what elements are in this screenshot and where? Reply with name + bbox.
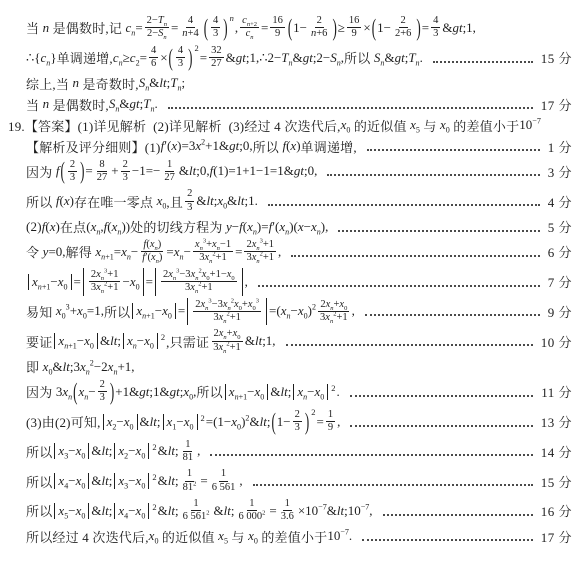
math-fragment: (xn,f(xn)) xyxy=(86,219,130,235)
fraction-numerator: 1 xyxy=(165,159,174,172)
abs-value-bars: x4−x0 xyxy=(114,503,149,519)
math-fragment: x5−x0 xyxy=(58,503,85,519)
math-fragment: xn−x0 xyxy=(297,384,324,400)
fraction: 19 xyxy=(326,409,335,435)
math-fragment: x5 xyxy=(410,117,420,133)
close-paren: ) xyxy=(416,13,420,43)
math-fragment: = xyxy=(178,303,185,319)
group-exponent: 2 xyxy=(201,414,205,423)
math-fragment: xn+1−x0 xyxy=(32,274,68,290)
math-fragment: xn+1=xn− xyxy=(95,244,138,260)
math-fragment: −x0 xyxy=(122,274,139,290)
fraction: 169 xyxy=(270,15,285,41)
math-fragment: f(x) xyxy=(282,138,300,154)
solution-line-20: 所以经过 4 次迭代后,x0 的近似值 x5 与 x0 的差值小于10−7.17… xyxy=(0,527,586,546)
fraction-numerator: 1 xyxy=(326,409,335,422)
text-fragment: 所以 xyxy=(196,382,222,401)
math-fragment: x03+x0=1, xyxy=(56,303,104,319)
solution-line-19: 所以x5−x0&lt;x4−x02&lt;16 5612&lt;16 0002=… xyxy=(0,497,586,525)
dotted-leader xyxy=(365,314,540,316)
group-exponent: 2 xyxy=(331,384,335,393)
score-label: 6 分 xyxy=(548,242,572,261)
text-fragment: 与 xyxy=(420,116,440,135)
abs-value-bars: x3−x0 xyxy=(114,473,149,489)
fraction-denominator: 3xn2+1 xyxy=(211,342,243,354)
fraction-numerator: 2 xyxy=(68,159,77,172)
fraction-denominator: 3 xyxy=(98,392,107,404)
group-exponent: 2 xyxy=(152,443,156,452)
solution-line-11: xn+1−x0=2xn3+13xn2+1−x0=2xn3−3xn2x0+1−x0… xyxy=(0,268,586,296)
fraction: 2−Tn2−Sn xyxy=(145,15,169,41)
solution-line-7: 因为 f(23)=827+23−1=−127&lt;0,f(1)=1+1−1=1… xyxy=(0,158,586,186)
fraction-denominator: 2−Sn xyxy=(145,28,169,40)
abs-value-group: xn+1−x0 xyxy=(52,333,100,349)
fraction: 127 xyxy=(162,159,177,185)
dotted-leader xyxy=(286,344,533,346)
text-fragment: 综上,当 xyxy=(26,74,73,93)
fraction: cn+2cn xyxy=(240,15,259,41)
group-exponent: n xyxy=(230,14,234,23)
math-fragment: , xyxy=(278,244,281,260)
fraction-denominator: 3 xyxy=(176,58,185,70)
fraction-denominator: 3xn2+1 xyxy=(197,252,229,264)
fraction-denominator: n+4 xyxy=(180,28,200,40)
math-fragment: &lt; xyxy=(158,503,179,519)
math-fragment: x2−x0 xyxy=(118,443,145,459)
fraction-denominator: 27 xyxy=(162,172,177,184)
text-fragment: (3)由(2)可知, xyxy=(26,412,101,431)
math-fragment: &lt; xyxy=(158,473,179,489)
text-fragment: 所以 xyxy=(344,48,374,67)
math-fragment: xn− xyxy=(79,384,96,400)
score-label: 1 分 xyxy=(548,137,572,156)
math-fragment: f(x) xyxy=(56,193,74,209)
fraction-denominator: 3xn2+1 xyxy=(183,282,215,294)
math-fragment: , xyxy=(239,473,242,489)
group-exponent: 2 xyxy=(194,44,198,53)
dotted-leader xyxy=(253,484,533,486)
dotted-leader xyxy=(258,285,540,287)
fraction-numerator: 1 xyxy=(191,498,200,511)
score-label: 17 分 xyxy=(541,527,572,546)
math-fragment: f′(x)=3x2+1&gt;0, xyxy=(161,138,253,154)
paren-group: (43)n xyxy=(203,14,235,42)
score-label: 7 分 xyxy=(548,272,572,291)
fraction-denominator: 9 xyxy=(273,28,282,40)
fraction: 16 0002 xyxy=(236,498,267,524)
abs-value-bars: xn+1−x0 xyxy=(28,274,72,290)
abs-value-group: 2xn3−3xn2x0+x033xn2+1 xyxy=(185,298,269,326)
group-exponent: 2 xyxy=(161,333,165,342)
close-paren: ) xyxy=(188,43,192,73)
fraction-numerator: 2−Tn xyxy=(145,15,169,28)
open-paren: ( xyxy=(288,13,292,43)
fraction: 23 xyxy=(121,159,130,185)
abs-value-bars: xn+1−x0 xyxy=(132,303,176,319)
math-fragment: x0 xyxy=(341,117,351,133)
fraction-numerator: 2 xyxy=(293,409,302,422)
abs-value-group: x3−x02 xyxy=(112,473,157,489)
math-fragment: 10−7. xyxy=(327,528,352,544)
fraction: 22+6 xyxy=(393,15,413,41)
math-fragment: , xyxy=(337,414,340,430)
math-fragment: =xn− xyxy=(166,244,191,260)
abs-value-bars: x4−x0 xyxy=(54,473,89,489)
math-fragment: =(xn−x0)2 xyxy=(269,303,316,319)
fraction-denominator: 3 xyxy=(185,202,194,214)
fraction-denominator: 3xn2+1 xyxy=(89,282,121,294)
math-fragment: xn+1−x0 xyxy=(229,384,265,400)
math-fragment: xn+1−x0 xyxy=(58,333,94,349)
fraction-numerator: 1 xyxy=(283,498,292,511)
exam-solution-page: 当 n 是偶数时,记 cn=2−Tn2−Sn=4n+4(43)n,cn+2cn=… xyxy=(0,0,586,582)
fraction-denominator: 812 xyxy=(181,482,199,494)
score-label: 13 分 xyxy=(541,412,572,431)
fraction-denominator: 2+6 xyxy=(393,28,413,40)
abs-value-bars: xn−x0 xyxy=(293,384,328,400)
abs-value-bars: x1−x0 xyxy=(163,414,198,430)
fraction-numerator: 1 xyxy=(183,439,192,452)
abs-value-bars: xn+1−x0 xyxy=(225,384,269,400)
dotted-leader xyxy=(383,514,533,516)
abs-value-group: xn−x02 xyxy=(121,333,166,349)
text-fragment: 所以 xyxy=(26,501,52,520)
text-fragment: 的近似值 xyxy=(350,116,410,135)
close-paren: ) xyxy=(305,407,309,437)
fraction-denominator: n+6 xyxy=(309,28,329,40)
solution-line-6: 【解析及评分细则】(1)f′(x)=3x2+1&gt;0,所以 f(x)单调递增… xyxy=(0,137,586,156)
fraction: 1812 xyxy=(181,468,199,494)
dotted-leader xyxy=(168,107,533,109)
math-fragment: &lt;1, xyxy=(245,333,276,349)
text-fragment: 解得 xyxy=(66,242,96,261)
fraction-denominator: 3 xyxy=(293,422,302,434)
text-fragment: 要证 xyxy=(26,332,52,351)
paren-group: (43)2 xyxy=(168,44,200,72)
math-fragment: ∴{cn} xyxy=(26,50,57,66)
fraction-denominator: 27 xyxy=(95,172,110,184)
fraction-numerator: f(xn) xyxy=(141,239,163,252)
fraction-denominator: 3xn2+1 xyxy=(211,312,243,324)
fraction-denominator: 81 xyxy=(181,452,196,464)
text-fragment: ; xyxy=(182,75,186,91)
fraction-numerator: 4 xyxy=(211,15,220,28)
fraction-denominator: 6 561 xyxy=(210,482,238,494)
fraction-denominator: 9 xyxy=(350,28,359,40)
solution-line-10: 令 y=0,解得 xn+1=xn−f(xn)f′(xn)=xn−xn3+xn−1… xyxy=(0,238,586,266)
fraction-numerator: 16 xyxy=(347,15,362,28)
solution-line-2: ∴{cn}单调递增,cn≥c2=46×(43)2=3227&gt;1,∴2−Tn… xyxy=(0,44,586,72)
abs-value-bars: x5−x0 xyxy=(54,503,89,519)
fraction: 3227 xyxy=(209,45,224,71)
score-label: 3 分 xyxy=(548,162,572,181)
fraction-numerator: 2 xyxy=(399,15,408,28)
fraction: 169 xyxy=(347,15,362,41)
abs-value-group: x1−x02 xyxy=(161,414,206,430)
solution-lines: 当 n 是偶数时,记 cn=2−Tn2−Sn=4n+4(43)n,cn+2cn=… xyxy=(0,14,586,546)
math-fragment: &lt;0,f(1)=1+1−1=1&gt;0, xyxy=(179,163,317,179)
paren-group: (1−22+6) xyxy=(371,14,422,42)
solution-line-3: 综上,当 n 是奇数时,Sn&lt;Tn; xyxy=(0,74,586,93)
dotted-leader xyxy=(433,61,533,63)
fraction-denominator: 6 xyxy=(149,58,158,70)
solution-line-9: (2)f(x)在点(xn,f(xn))处的切线方程为 y−f(xn)=f′(xn… xyxy=(0,217,586,236)
fraction-denominator: 27 xyxy=(209,58,224,70)
math-fragment: , xyxy=(245,274,248,290)
solution-line-5: 19.【答案】(1)详见解析 (2)详见解析 (3)经过 4 次迭代后,x0 的… xyxy=(0,116,586,135)
open-paren: ( xyxy=(372,13,376,43)
text-fragment: 19.【答案】(1)详见解析 (2)详见解析 (3)经过 4 次迭代后, xyxy=(8,116,341,135)
fraction: 4n+4 xyxy=(180,15,200,41)
open-paren: ( xyxy=(204,13,208,43)
solution-line-1: 当 n 是偶数时,记 cn=2−Tn2−Sn=4n+4(43)n,cn+2cn=… xyxy=(0,14,586,42)
fraction-numerator: 2 xyxy=(98,379,107,392)
math-fragment: &lt; xyxy=(158,443,179,459)
fraction: 2xn3−3xn2x0+x033xn2+1 xyxy=(193,299,261,325)
group-exponent: 2 xyxy=(311,408,315,417)
dotted-leader xyxy=(362,539,533,541)
fraction: 43 xyxy=(176,45,185,71)
math-fragment: = xyxy=(422,20,429,36)
text-fragment: 所以 xyxy=(26,192,56,211)
dotted-leader xyxy=(268,204,540,206)
text-fragment: 是偶数时, xyxy=(49,95,109,114)
text-fragment: (2) xyxy=(26,219,42,235)
math-fragment: = xyxy=(200,50,207,66)
fraction: 2xn3+13xn2+1 xyxy=(244,239,276,265)
abs-value-group: 2xn3+13xn2+1−x0 xyxy=(81,268,146,296)
math-fragment: &lt; xyxy=(91,473,112,489)
text-fragment: ,只需证 xyxy=(166,332,209,351)
math-fragment: x4−x0 xyxy=(58,473,85,489)
math-fragment: &lt; xyxy=(100,333,121,349)
fraction-denominator: 6 0002 xyxy=(236,511,267,523)
fraction-numerator: 2 xyxy=(315,15,324,28)
fraction: 2xn+x03xn2+1 xyxy=(318,299,350,325)
score-label: 5 分 xyxy=(548,217,572,236)
math-fragment: = xyxy=(316,414,323,430)
math-fragment: &lt; xyxy=(140,414,161,430)
math-fragment: . xyxy=(337,384,340,400)
document-body: { "page": { "background": "#ffffff", "te… xyxy=(0,0,586,582)
math-fragment: = xyxy=(261,20,268,36)
math-fragment: cn≥c2= xyxy=(113,50,147,66)
fraction: xn3+xn−13xn2+1 xyxy=(193,239,233,265)
open-paren: ( xyxy=(60,157,64,187)
math-fragment: xn−x0 xyxy=(127,333,154,349)
math-fragment: −1=− xyxy=(132,163,161,179)
score-label: 4 分 xyxy=(548,192,572,211)
fraction-numerator: 4 xyxy=(176,45,185,58)
math-fragment: x0 xyxy=(248,528,258,544)
text-fragment: 所以 xyxy=(26,472,52,491)
math-fragment: x1−x0 xyxy=(167,414,194,430)
abs-value-bars: x3−x0 xyxy=(54,443,89,459)
math-fragment: Sn&gt;Tn. xyxy=(374,50,423,66)
text-fragment: ,且 xyxy=(166,192,183,211)
math-fragment: × xyxy=(160,50,167,66)
math-fragment: x3−x0 xyxy=(118,473,145,489)
fraction: 23 xyxy=(98,379,107,405)
abs-value-group: x4−x02 xyxy=(112,503,157,519)
score-label: 9 分 xyxy=(548,302,572,321)
text-fragment: 当 xyxy=(26,95,43,114)
math-fragment: &gt;1,∴2−Tn&gt;2−Sn, xyxy=(226,50,344,66)
close-paren: ) xyxy=(80,157,84,187)
score-label: 14 分 xyxy=(541,442,572,461)
abs-value-group: xn+1−x0 xyxy=(26,274,74,290)
fraction: 23 xyxy=(68,159,77,185)
abs-value-bars: 2xn3−3xn2x0+1−x03xn2+1 xyxy=(155,268,243,296)
group-exponent: 2 xyxy=(152,473,156,482)
fraction: f(xn)f′(xn) xyxy=(140,239,164,265)
math-fragment: ×10−7&lt;10−7, xyxy=(298,503,373,519)
fraction: 46 xyxy=(149,45,158,71)
math-fragment: ≥ xyxy=(338,20,345,36)
fraction-numerator: 1 xyxy=(247,498,256,511)
math-fragment: x0 xyxy=(149,528,159,544)
text-fragment: 【解析及评分细则】(1) xyxy=(26,137,161,156)
solution-line-13: 要证xn+1−x0&lt;xn−x02,只需证2xn+x03xn2+1&lt;1… xyxy=(0,327,586,355)
fraction: 2xn3−3xn2x0+1−x03xn2+1 xyxy=(161,269,237,295)
math-fragment: &lt; xyxy=(91,503,112,519)
fraction-denominator: 6 5612 xyxy=(181,511,212,523)
fraction-denominator: 3 xyxy=(211,28,220,40)
text-fragment: 所以 xyxy=(253,137,283,156)
solution-line-16: (3)由(2)可知,x2−x0&lt;x1−x02=(1−x0)2&lt;(1−… xyxy=(0,408,586,436)
fraction-numerator: 4 xyxy=(431,15,440,28)
abs-value-bars: 2xn3+13xn2+1−x0 xyxy=(83,268,144,296)
text-fragment: 的近似值 xyxy=(158,527,218,546)
close-paren: ) xyxy=(110,377,114,407)
fraction: 827 xyxy=(95,159,110,185)
score-label: 15 分 xyxy=(541,472,572,491)
math-fragment: 10−7 xyxy=(519,117,541,133)
math-fragment: x0 xyxy=(157,193,167,209)
dotted-leader xyxy=(327,174,539,176)
math-fragment: +1&gt;1&gt;x0, xyxy=(115,384,196,400)
fraction: 23 xyxy=(185,188,194,214)
solution-line-4: 当 n 是偶数时,Sn&gt;Tn.17 分 xyxy=(0,95,586,114)
math-fragment: x0&lt;3xn2−2xn+1, xyxy=(43,359,135,375)
math-fragment: &lt; xyxy=(91,443,112,459)
solution-line-18: 所以x4−x0&lt;x3−x02&lt;1812=16 561,15 分 xyxy=(0,467,586,495)
math-fragment: &lt; xyxy=(213,503,234,519)
text-fragment: 的差值小于 xyxy=(450,116,519,135)
text-fragment: 令 xyxy=(26,242,43,261)
dotted-leader xyxy=(210,454,532,456)
abs-value-bars: x2−x0 xyxy=(103,414,138,430)
fraction-numerator: 1 xyxy=(219,468,228,481)
abs-value-group: x2−x02 xyxy=(112,443,157,459)
text-fragment: 因为 xyxy=(26,382,56,401)
abs-value-bars: xn+1−x0 xyxy=(54,333,98,349)
abs-value-group: x2−x0 xyxy=(101,414,140,430)
fraction-numerator: 4 xyxy=(149,45,158,58)
math-fragment: =(1−x0)2&lt; xyxy=(206,414,271,430)
math-fragment: xn+1−x0 xyxy=(136,303,172,319)
abs-value-bars: x2−x0 xyxy=(114,443,149,459)
fraction-denominator: 3.6 xyxy=(279,511,296,523)
solution-line-12: 易知 x03+x0=1,所以xn+1−x0=2xn3−3xn2x0+x033xn… xyxy=(0,298,586,326)
math-fragment: y=0, xyxy=(43,244,66,260)
abs-value-bars: 2xn3−3xn2x0+x033xn2+1 xyxy=(187,298,267,326)
dotted-leader xyxy=(367,149,540,151)
math-fragment: = xyxy=(146,274,153,290)
fraction-numerator: 32 xyxy=(209,45,224,58)
solution-line-17: 所以x3−x0&lt;x2−x02&lt;181,14 分 xyxy=(0,438,586,466)
math-fragment: y−f(xn)=f′(xn)(x−xn), xyxy=(226,219,328,235)
text-fragment: 易知 xyxy=(26,302,56,321)
fraction: 23 xyxy=(293,409,302,435)
abs-value-group: xn−x02 xyxy=(291,384,336,400)
open-paren: ( xyxy=(169,43,173,73)
text-fragment: 所以 xyxy=(104,302,130,321)
paren-group: (1−2n+6) xyxy=(287,14,338,42)
text-fragment: 在点 xyxy=(60,217,86,236)
close-paren: ) xyxy=(223,13,227,43)
abs-value-group: x4−x0 xyxy=(52,473,91,489)
text-fragment: 单调递增, xyxy=(301,137,357,156)
fraction-denominator: 3 xyxy=(121,172,130,184)
math-fragment: x5 xyxy=(218,528,228,544)
fraction-numerator: 8 xyxy=(97,159,106,172)
text-fragment: 单调递增, xyxy=(57,48,113,67)
text-fragment: 存在唯一零点 xyxy=(74,192,157,211)
fraction-denominator: 3 xyxy=(68,172,77,184)
math-fragment: &gt;1, xyxy=(442,20,476,36)
math-fragment: &lt; xyxy=(270,384,291,400)
math-fragment: = xyxy=(235,244,242,260)
fraction-denominator: f′(xn) xyxy=(140,252,164,264)
solution-line-14: 即 x0&lt;3xn2−2xn+1, xyxy=(0,357,586,376)
fraction-denominator: 3xn2+1 xyxy=(318,312,350,324)
math-fragment: Sn&gt;Tn. xyxy=(109,96,158,112)
abs-value-bars: xn−x0 xyxy=(123,333,158,349)
fraction: 16 561 xyxy=(210,468,238,494)
fraction-numerator: 4 xyxy=(186,15,195,28)
math-fragment: , xyxy=(352,303,355,319)
dotted-leader xyxy=(350,395,533,397)
score-label: 11 分 xyxy=(541,382,572,401)
abs-value-group: xn+1−x0 xyxy=(130,303,178,319)
close-paren: ) xyxy=(332,13,336,43)
fraction: 2xn3+13xn2+1 xyxy=(89,269,121,295)
math-fragment: x2−x0 xyxy=(107,414,134,430)
math-fragment: = xyxy=(269,503,276,519)
fraction-denominator: 3 xyxy=(431,28,440,40)
open-paren: ( xyxy=(271,407,275,437)
math-fragment: x4−x0 xyxy=(118,503,145,519)
fraction: 2xn+x03xn2+1 xyxy=(211,328,243,354)
math-fragment: 1− xyxy=(377,20,391,36)
fraction: 16 5612 xyxy=(181,498,212,524)
paren-group: (1−23)2 xyxy=(270,408,316,436)
math-fragment: × xyxy=(363,20,370,36)
math-fragment: 1− xyxy=(277,414,291,430)
math-fragment: = xyxy=(200,473,207,489)
fraction: 43 xyxy=(211,15,220,41)
text-fragment: 因为 xyxy=(26,162,56,181)
abs-value-group: x5−x0 xyxy=(52,503,91,519)
fraction: 43 xyxy=(431,15,440,41)
text-fragment: 即 xyxy=(26,357,43,376)
text-fragment: 当 xyxy=(26,18,43,37)
solution-line-15: 因为 3xn(xn−23)+1&gt;1&gt;x0,所以xn+1−x0&lt;… xyxy=(0,378,586,406)
text-fragment: 是偶数时,记 xyxy=(49,18,125,37)
score-label: 17 分 xyxy=(541,95,572,114)
text-fragment: 处的切线方程为 xyxy=(130,217,226,236)
